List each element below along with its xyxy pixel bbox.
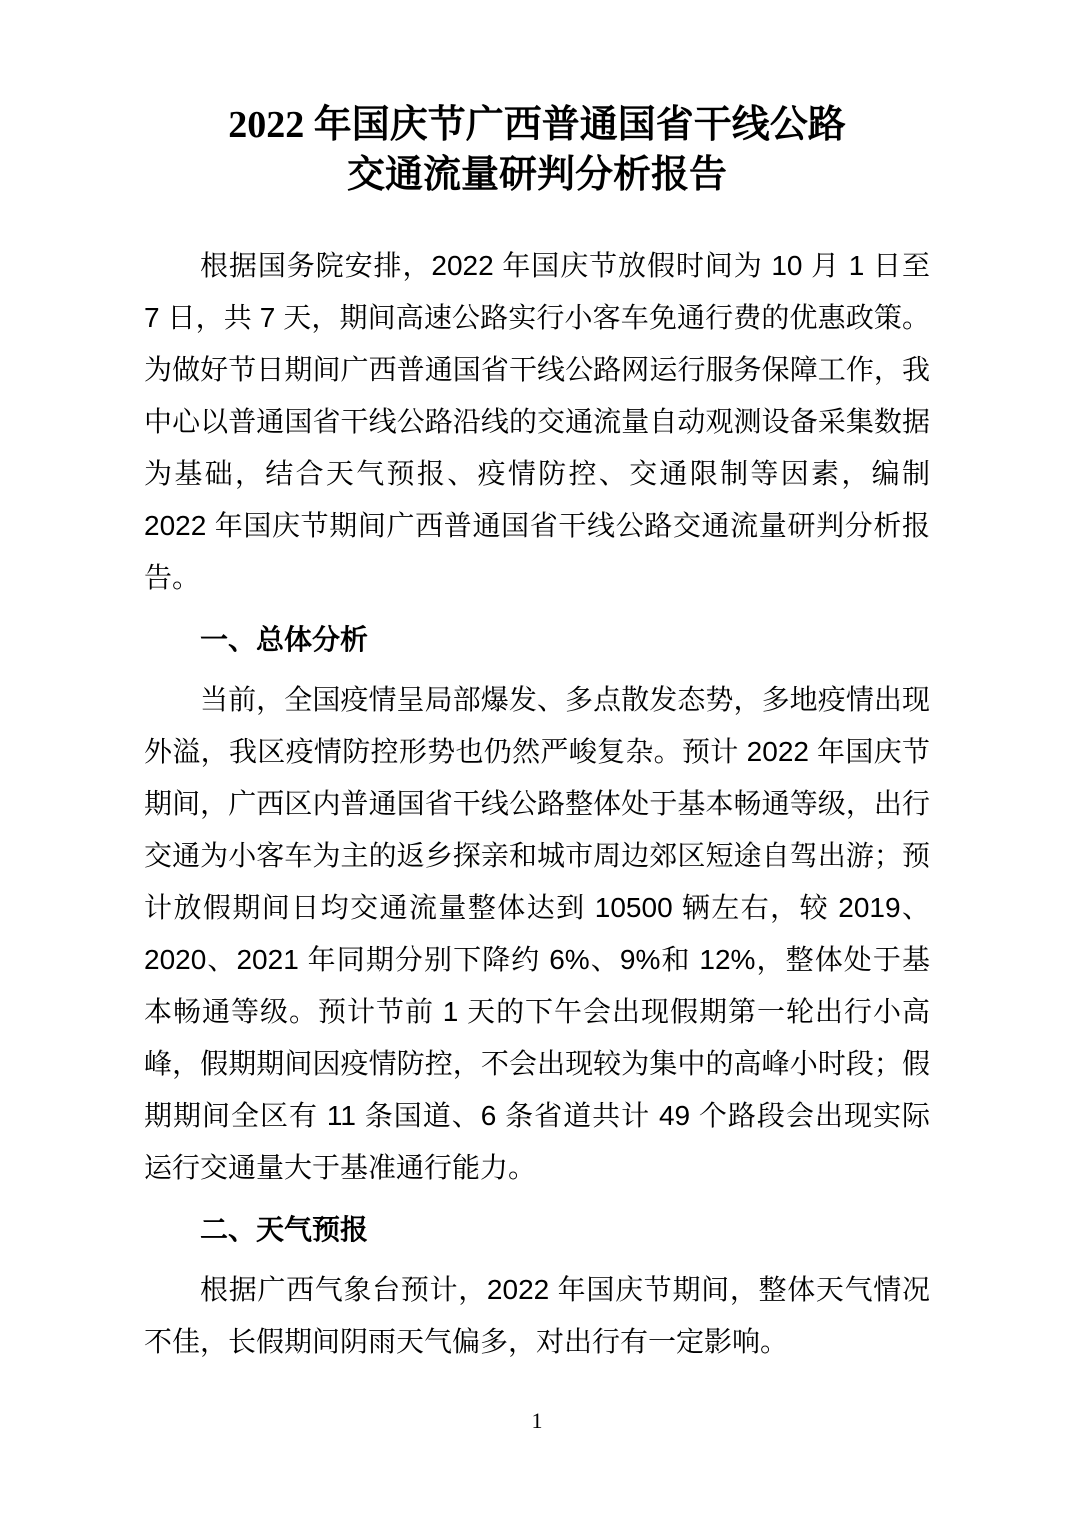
document-title: 2022 年国庆节广西普通国省干线公路 交通流量研判分析报告: [144, 100, 930, 200]
paragraph-intro: 根据国务院安排，2022 年国庆节放假时间为 10 月 1 日至 7 日，共 7…: [144, 240, 930, 604]
section-heading-weather-forecast: 二、天气预报: [144, 1204, 930, 1256]
page-footer: 1: [0, 1408, 1074, 1434]
document-title-line-2: 交通流量研判分析报告: [144, 150, 930, 200]
paragraph-weather-forecast: 根据广西气象台预计，2022 年国庆节期间，整体天气情况不佳，长假期间阴雨天气偏…: [144, 1264, 930, 1368]
document-title-line-1: 2022 年国庆节广西普通国省干线公路: [144, 100, 930, 150]
page-number: 1: [532, 1408, 543, 1433]
document-page: 2022 年国庆节广西普通国省干线公路 交通流量研判分析报告 根据国务院安排，2…: [0, 0, 1074, 1520]
paragraph-overall-analysis: 当前，全国疫情呈局部爆发、多点散发态势，多地疫情出现外溢，我区疫情防控形势也仍然…: [144, 674, 930, 1194]
section-heading-overall-analysis: 一、总体分析: [144, 614, 930, 666]
